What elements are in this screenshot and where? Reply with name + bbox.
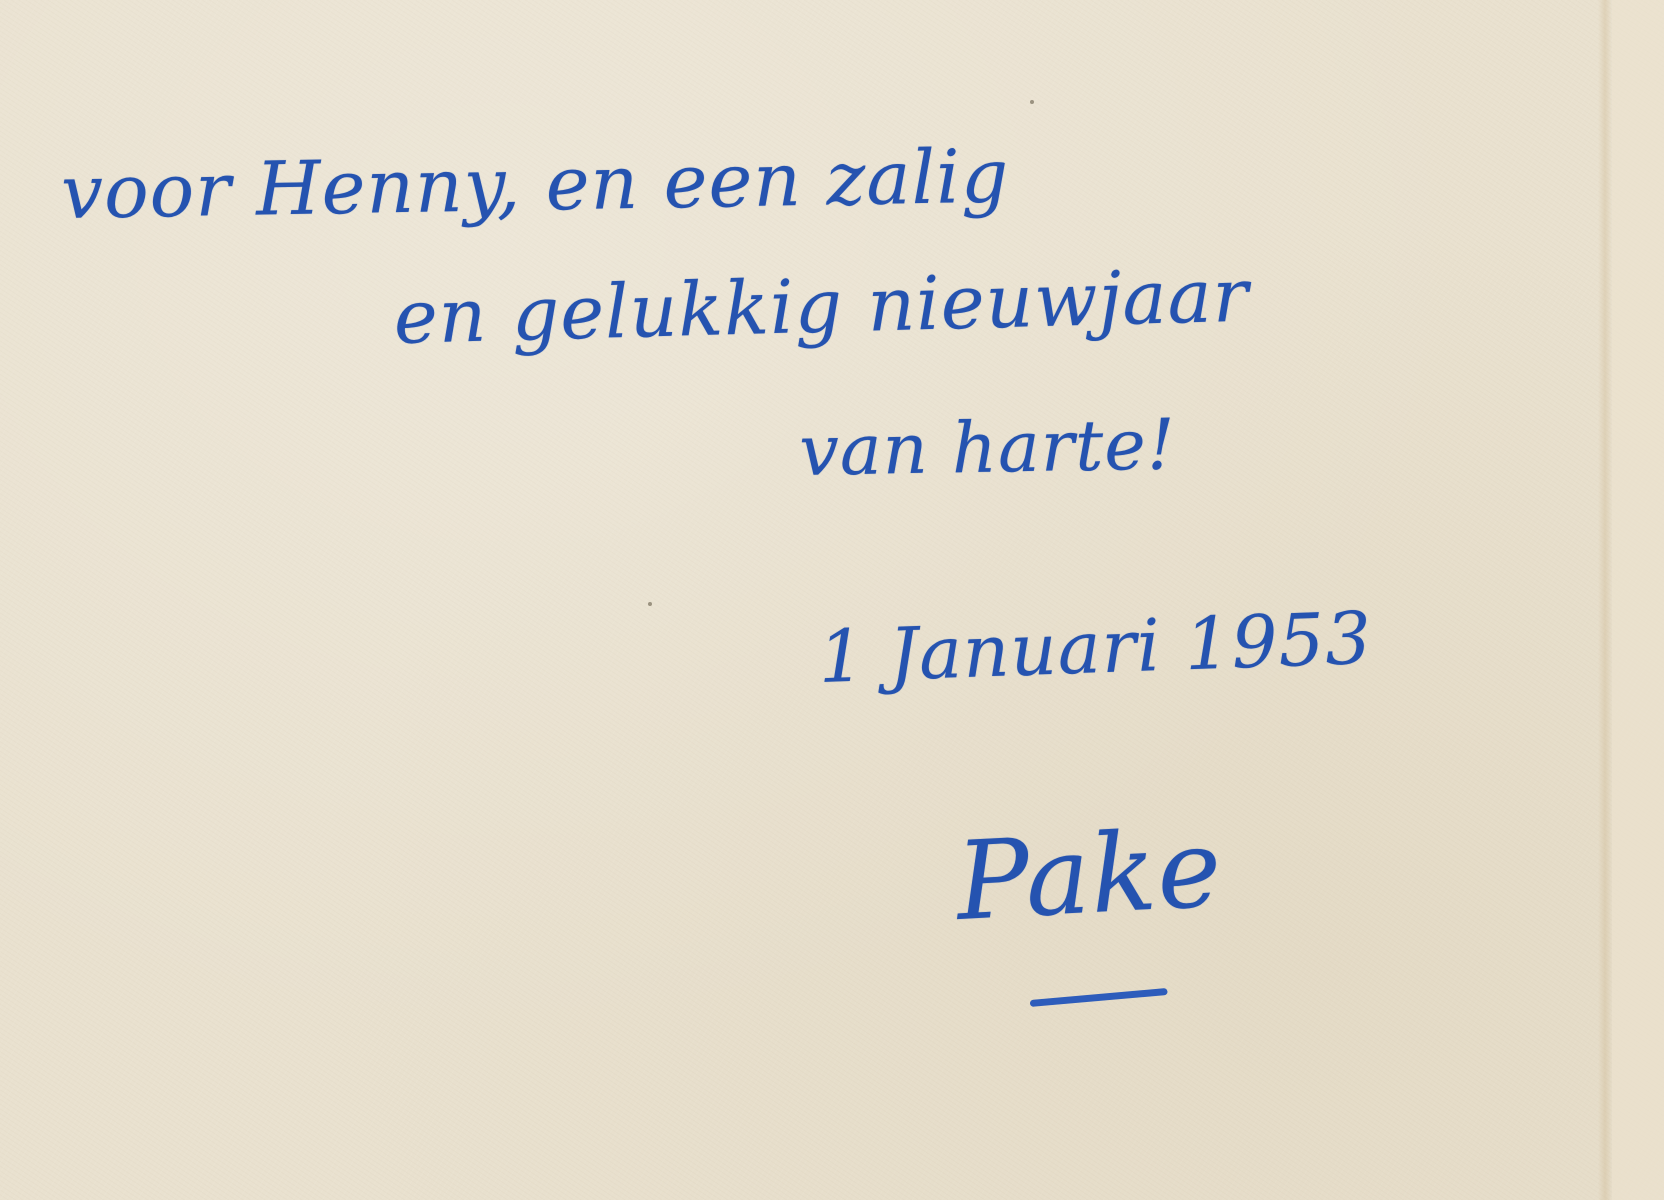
- paper-speck: [1030, 100, 1034, 104]
- paper-speck: [648, 602, 652, 606]
- handwritten-line-3: van harte!: [799, 403, 1177, 492]
- handwritten-date: 1 Januari 1953: [817, 596, 1373, 699]
- handwritten-line-1: voor Henny, en een zalig: [60, 133, 1009, 236]
- paper-margin-strip: [1612, 0, 1664, 1200]
- signature: Pake: [953, 806, 1225, 945]
- paper-edge-shadow: [1598, 0, 1612, 1200]
- paper-sheet: voor Henny, en een zalig en gelukkig nie…: [0, 0, 1664, 1200]
- handwritten-line-2: en gelukkig nieuwjaar: [393, 253, 1250, 361]
- signature-underline: [1030, 988, 1168, 1007]
